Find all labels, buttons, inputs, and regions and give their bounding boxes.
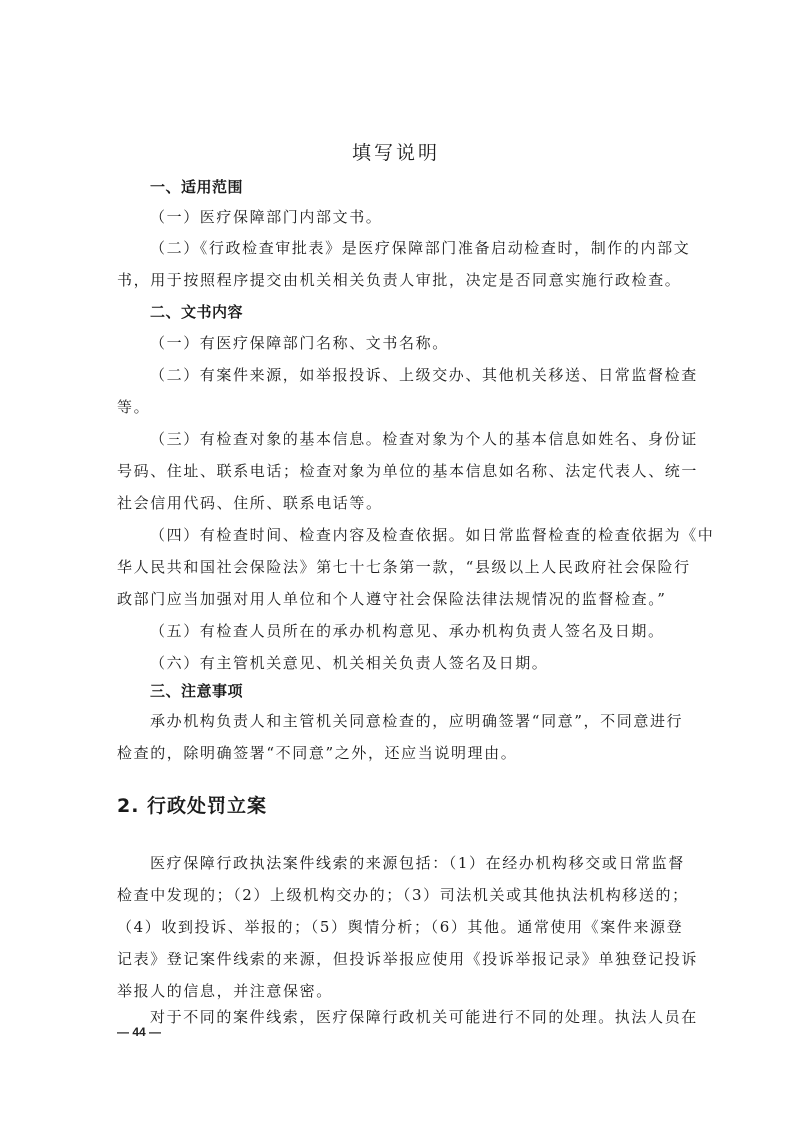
paragraph-line: 政部门应当加强对用人单位和个人遵守社会保险法律法规情况的监督检查。” bbox=[117, 589, 675, 609]
page-number: — 44 — bbox=[117, 1025, 161, 1039]
paragraph-line: 书，用于按照程序提交由机关相关负责人审批，决定是否同意实施行政检查。 bbox=[117, 270, 675, 290]
paragraph-line: 号码、住址、联系电话；检查对象为单位的基本信息如名称、法定代表人、统一 bbox=[117, 461, 675, 481]
paragraph-line: 承办机构负责人和主管机关同意检查的，应明确签署“同意”，不同意进行 bbox=[117, 711, 675, 731]
paragraph-line: 检查中发现的；（2）上级机构交办的；（3）司法机关或其他执法机构移送的； bbox=[117, 885, 675, 905]
section-heading-notes: 三、注意事项 bbox=[117, 681, 708, 701]
paragraph-line: （一）有医疗保障部门名称、文书名称。 bbox=[117, 333, 675, 353]
paragraph-line: 举报人的信息，并注意保密。 bbox=[117, 981, 675, 1001]
paragraph-line: 社会信用代码、住所、联系电话等。 bbox=[117, 493, 675, 513]
paragraph-line: 华人民共和国社会保险法》第七十七条第一款，“县级以上人民政府社会保险行 bbox=[117, 557, 675, 577]
section-heading-scope: 一、适用范围 bbox=[117, 177, 708, 197]
document-title: 填写说明 bbox=[117, 140, 675, 166]
paragraph-line: （二）有案件来源，如举报投诉、上级交办、其他机关移送、日常监督检查 bbox=[117, 365, 675, 385]
paragraph-line: （二）《行政检查审批表》是医疗保障部门准备启动检查时，制作的内部文 bbox=[117, 238, 675, 258]
paragraph-line: （五）有检查人员所在的承办机构意见、承办机构负责人签名及日期。 bbox=[117, 621, 675, 641]
section-title-case-filing: 2. 行政处罚立案 bbox=[117, 793, 267, 819]
paragraph-line: （四）有检查时间、检查内容及检查依据。如日常监督检查的检查依据为《中 bbox=[117, 525, 675, 545]
paragraph-line: 医疗保障行政执法案件线索的来源包括：（1）在经办机构移交或日常监督 bbox=[117, 853, 675, 873]
paragraph-line: （三）有检查对象的基本信息。检查对象为个人的基本信息如姓名、身份证 bbox=[117, 429, 675, 449]
paragraph-line: 对于不同的案件线索，医疗保障行政机关可能进行不同的处理。执法人员在 bbox=[117, 1007, 675, 1027]
paragraph-line: 检查的，除明确签署“不同意”之外，还应当说明理由。 bbox=[117, 743, 675, 763]
paragraph-line: 等。 bbox=[117, 397, 675, 417]
paragraph-line: 记表》登记案件线索的来源，但投诉举报应使用《投诉举报记录》单独登记投诉 bbox=[117, 949, 675, 969]
paragraph-line: （六）有主管机关意见、机关相关负责人签名及日期。 bbox=[117, 653, 675, 673]
section-heading-content: 二、文书内容 bbox=[117, 302, 708, 322]
paragraph-line: （一）医疗保障部门内部文书。 bbox=[117, 207, 675, 227]
paragraph-line: （4）收到投诉、举报的；（5）舆情分析；（6）其他。通常使用《案件来源登 bbox=[117, 917, 675, 937]
